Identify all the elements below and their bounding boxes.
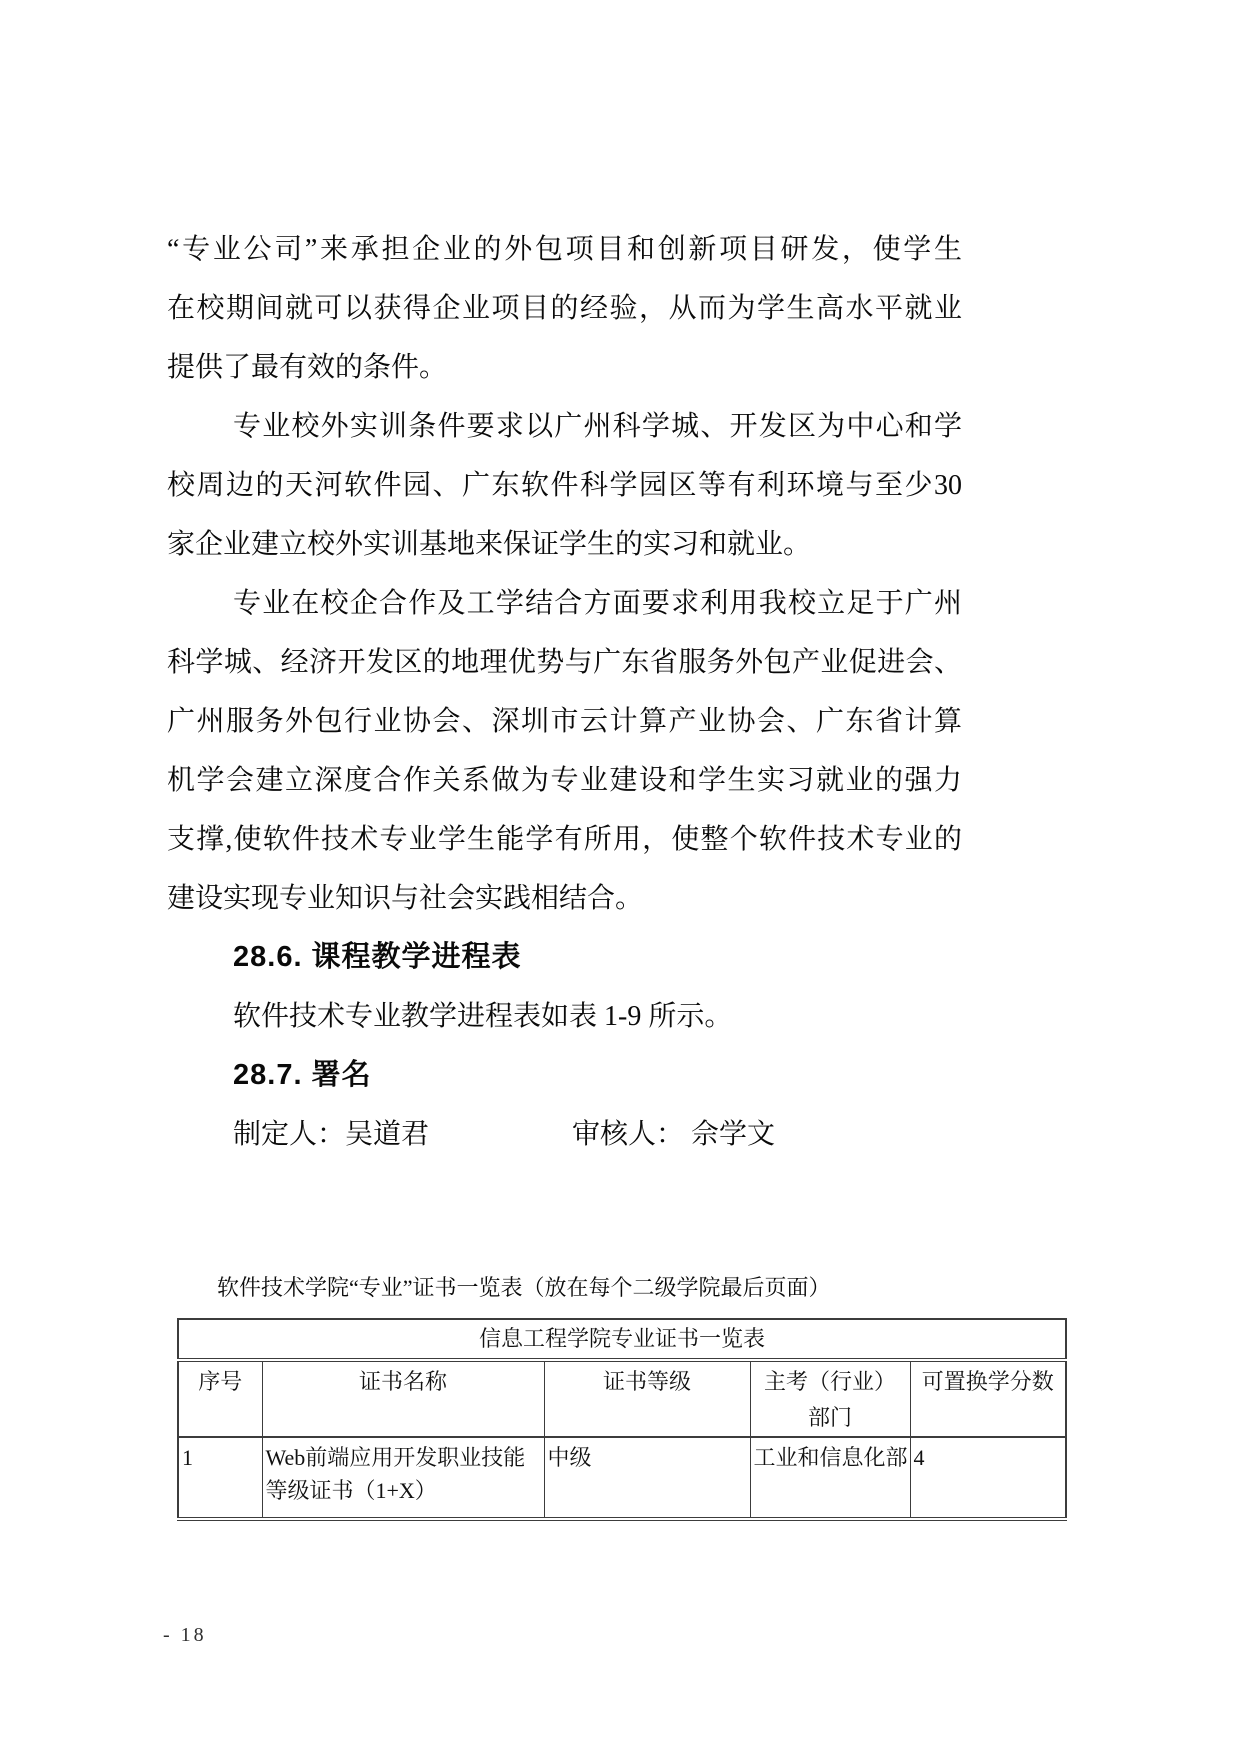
text-line: 校周边的天河软件园、广东软件科学园区等有利环境与至少30 [167,456,962,515]
table-column-header: 主考（行业）部门 [750,1360,910,1437]
table-header-row: 序号证书名称证书等级主考（行业）部门可置换学分数 [178,1360,1066,1437]
text-line: 支撑,使软件技术专业学生能学有所用，使整个软件技术专业的 [167,810,962,869]
signature-author: 制定人：吴道君 [233,1119,429,1150]
table-title-row: 信息工程学院专业证书一览表 [178,1319,1066,1360]
text-line: 建设实现专业知识与社会实践相结合。 [167,869,962,928]
certificate-table: 信息工程学院专业证书一览表 序号证书名称证书等级主考（行业）部门可置换学分数 1… [177,1318,1067,1521]
text-line: 广州服务外包行业协会、深圳市云计算产业协会、广东省计算 [167,692,962,751]
table-title: 信息工程学院专业证书一览表 [178,1319,1066,1360]
page-number: - 18 [163,1624,207,1647]
body-text: “专业公司”来承担企业的外包项目和创新项目研发，使学生在校期间就可以获得企业项目… [167,220,962,1164]
table-caption: 软件技术学院“专业”证书一览表（放在每个二级学院最后页面） [217,1272,831,1304]
section-heading-28-7: 28.7. 署名 [167,1046,962,1105]
table-cell: Web前端应用开发职业技能等级证书（1+X） [262,1437,544,1519]
table-column-header: 证书名称 [262,1360,544,1437]
text-line: 科学城、经济开发区的地理优势与广东省服务外包产业促进会、 [167,633,962,692]
text-line: 专业在校企合作及工学结合方面要求利用我校立足于广州 [167,574,962,633]
table-cell: 1 [178,1437,262,1519]
table-column-header: 证书等级 [544,1360,750,1437]
table-cell: 中级 [544,1437,750,1519]
text-line: 家企业建立校外实训基地来保证学生的实习和就业。 [167,515,962,574]
text-line: 专业校外实训条件要求以广州科学城、开发区为中心和学 [167,397,962,456]
signature-line: 制定人：吴道君审核人： 佘学文 [167,1105,962,1164]
table-column-header: 序号 [178,1360,262,1437]
document-page: “专业公司”来承担企业的外包项目和创新项目研发，使学生在校期间就可以获得企业项目… [0,0,1240,1754]
text-line: 在校期间就可以获得企业项目的经验，从而为学生高水平就业 [167,279,962,338]
table-cell: 工业和信息化部 [750,1437,910,1519]
table-column-header: 可置换学分数 [910,1360,1066,1437]
table-cell: 4 [910,1437,1066,1519]
section-heading-28-6: 28.6. 课程教学进程表 [167,928,962,987]
text-line: “专业公司”来承担企业的外包项目和创新项目研发，使学生 [167,220,962,279]
table-row: 1Web前端应用开发职业技能等级证书（1+X）中级工业和信息化部4 [178,1437,1066,1519]
text-line: 软件技术专业教学进程表如表 1-9 所示。 [167,987,962,1046]
text-line: 机学会建立深度合作关系做为专业建设和学生实习就业的强力 [167,751,962,810]
signature-reviewer: 审核人： 佘学文 [572,1105,775,1164]
text-line: 提供了最有效的条件。 [167,338,962,397]
